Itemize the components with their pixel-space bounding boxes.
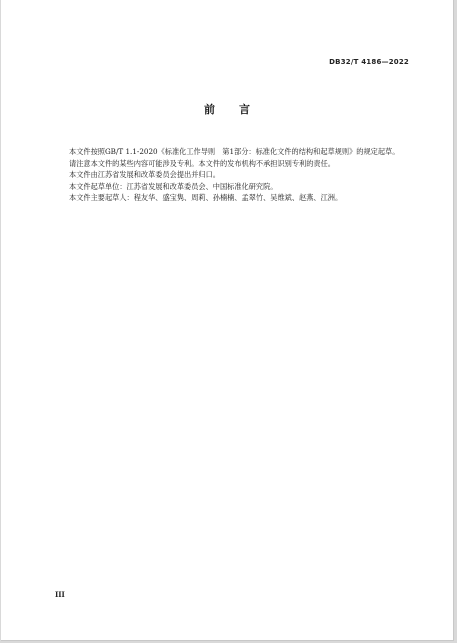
paragraph-drafting-units: 本文件起草单位：江苏省发展和改革委员会、中国标准化研究院。 <box>55 181 411 193</box>
document-code: DB32/T 4186—2022 <box>329 58 409 66</box>
page-number: III <box>55 590 65 599</box>
page-title: 前言 <box>1 101 453 117</box>
foreword-body: 本文件按照GB/T 1.1-2020《标准化工作导则 第1部分：标准化文件的结构… <box>55 146 411 204</box>
paragraph-proposer: 本文件由江苏省发展和改革委员会提出并归口。 <box>55 169 411 181</box>
document-page: DB32/T 4186—2022 前言 本文件按照GB/T 1.1-2020《标… <box>1 0 454 641</box>
paragraph-drafters: 本文件主要起草人：程友华、盛宝隽、周莉、孙楠楠、孟翠竹、吴维斌、赵燕、江洲。 <box>55 192 411 204</box>
paragraph-patent-notice: 请注意本文件的某些内容可能涉及专利。本文件的发布机构不承担识别专利的责任。 <box>55 158 411 170</box>
paragraph-drafting-rules: 本文件按照GB/T 1.1-2020《标准化工作导则 第1部分：标准化文件的结构… <box>55 146 411 158</box>
